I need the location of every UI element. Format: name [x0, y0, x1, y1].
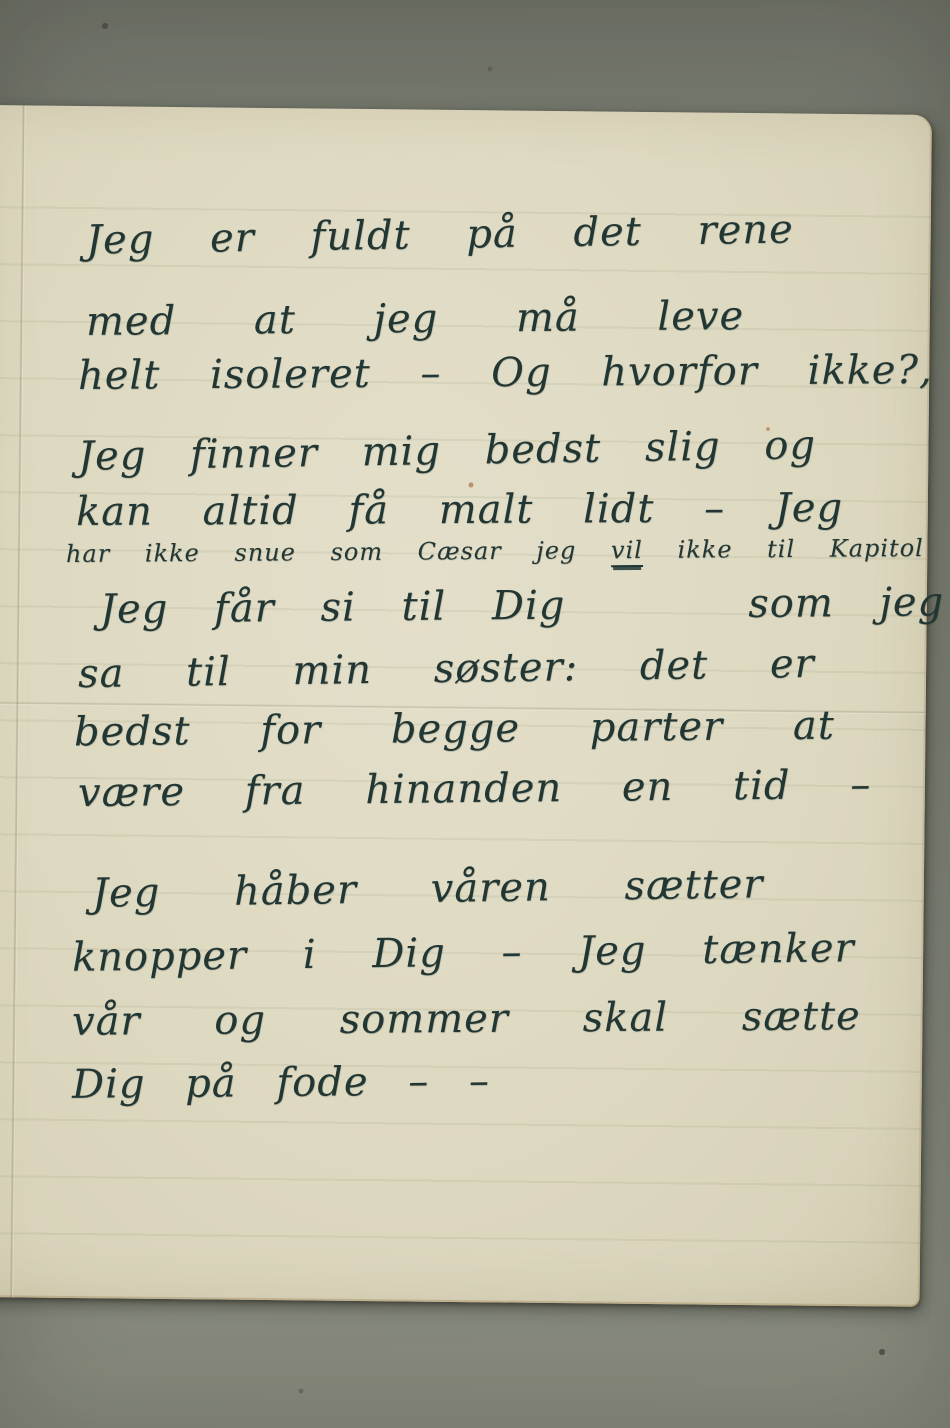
faint-ruled-lines: [0, 151, 931, 1273]
horizontal-fold-crease: [0, 701, 926, 715]
vertical-fold-crease: [10, 105, 26, 1297]
dust-specks: [0, 0, 2, 2]
paper-edge-tint: [0, 105, 932, 1307]
scan-background: Jeg er fuldt på det rene med at jeg må l…: [0, 0, 950, 1428]
letter-paper: [0, 105, 932, 1307]
